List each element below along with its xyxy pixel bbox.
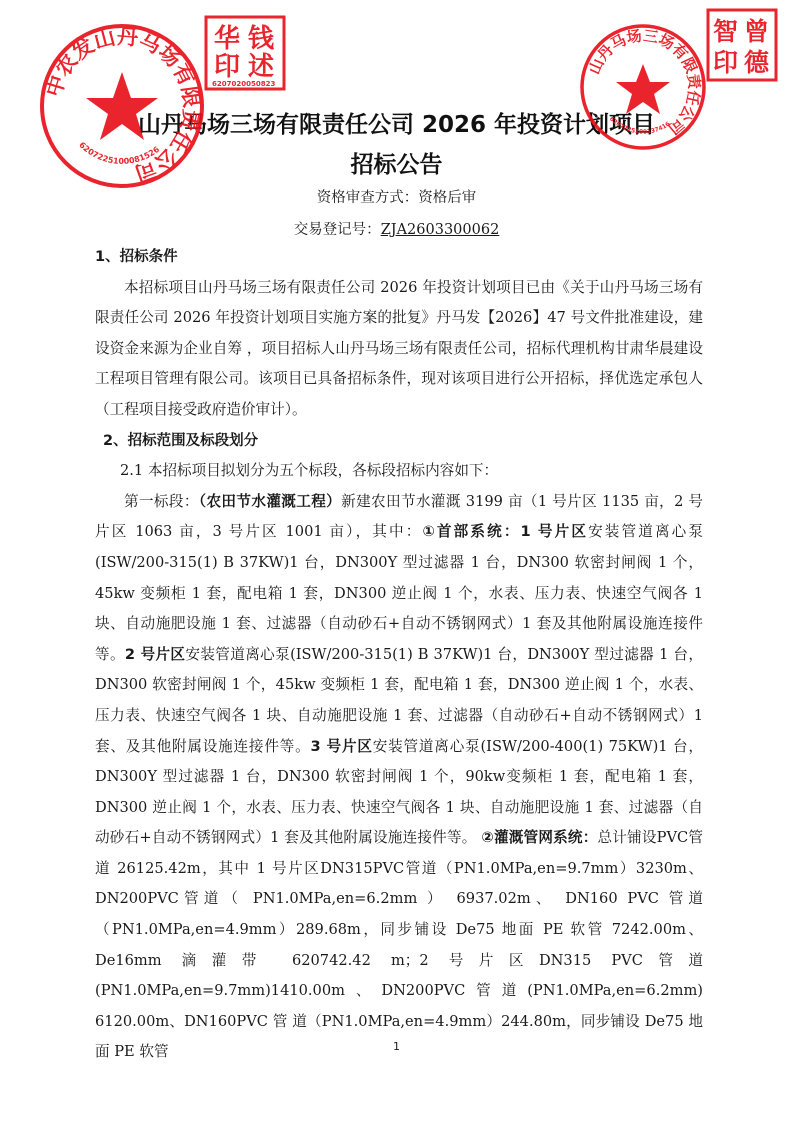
registration-value: ZJA2603300062	[381, 222, 500, 238]
lot-1-text-5: 总计铺设PVC管道 26125.42m，其中 1 号片区DN315PVC管道（P…	[95, 829, 703, 1060]
registration-label: 交易登记号：	[294, 222, 381, 238]
document-title: 山丹马场三场有限责任公司 2026 年投资计划项目	[0, 106, 793, 139]
svg-text:印: 印	[214, 52, 240, 82]
signature-seal-right-icon: 智 曾 印 德	[706, 8, 778, 82]
svg-text:华: 华	[214, 24, 240, 54]
pipe-system-label: ②灌溉管网系统：	[481, 829, 597, 846]
section-2-intro: 2.1 本招标项目拟划分为五个标段，各标段招标内容如下：	[120, 456, 703, 487]
svg-text:6207020050823: 6207020050823	[212, 80, 275, 88]
document-subtitle: 招标公告	[0, 146, 793, 179]
svg-text:智: 智	[713, 17, 738, 46]
review-method: 资格审查方式：资格后审	[0, 186, 793, 207]
page-number: 1	[0, 1040, 793, 1053]
zone-2-label: 2 号片区	[125, 646, 185, 663]
document-body: 1、招标条件 本招标项目山丹马场三场有限责任公司 2026 年投资计划项目已由《…	[95, 242, 703, 1068]
review-method-value: 资格后审	[418, 190, 476, 206]
signature-seal-left-icon: 华 钱 印 述 6207020050823	[204, 15, 286, 91]
svg-text:钱: 钱	[248, 24, 275, 54]
document-page: 山丹马场三场有限责任公司 2026 年投资计划项目 招标公告 资格审查方式：资格…	[0, 0, 793, 1122]
svg-text:述: 述	[248, 52, 274, 82]
section-1-paragraph: 本招标项目山丹马场三场有限责任公司 2026 年投资计划项目已由《关于山丹马场三…	[95, 273, 703, 426]
lot-1-paragraph: 第一标段：（农田节水灌溉工程）新建农田节水灌溉 3199 亩（1 号片区 113…	[95, 487, 703, 1068]
zone-1-label: 1 号片区	[521, 523, 589, 540]
svg-text:德: 德	[744, 48, 770, 77]
lot-1-text-2: 安装管道离心泵(ISW/200-315(1) B 37KW)1 台，DN300Y…	[95, 523, 703, 662]
lot-1-name: （农田节水灌溉工程）	[199, 493, 341, 510]
zone-3-label: 3 号片区	[311, 738, 373, 755]
section-heading-2: 2、招标范围及标段划分	[103, 426, 703, 457]
svg-text:印: 印	[713, 48, 738, 77]
section-heading-1: 1、招标条件	[95, 242, 703, 273]
lot-1-prefix: 第一标段：	[124, 493, 199, 510]
head-system-label: ①首部系统：	[422, 523, 520, 540]
review-method-label: 资格审查方式：	[317, 190, 419, 206]
registration-number: 交易登记号：ZJA2603300062	[0, 218, 793, 239]
svg-text:曾: 曾	[744, 17, 769, 46]
